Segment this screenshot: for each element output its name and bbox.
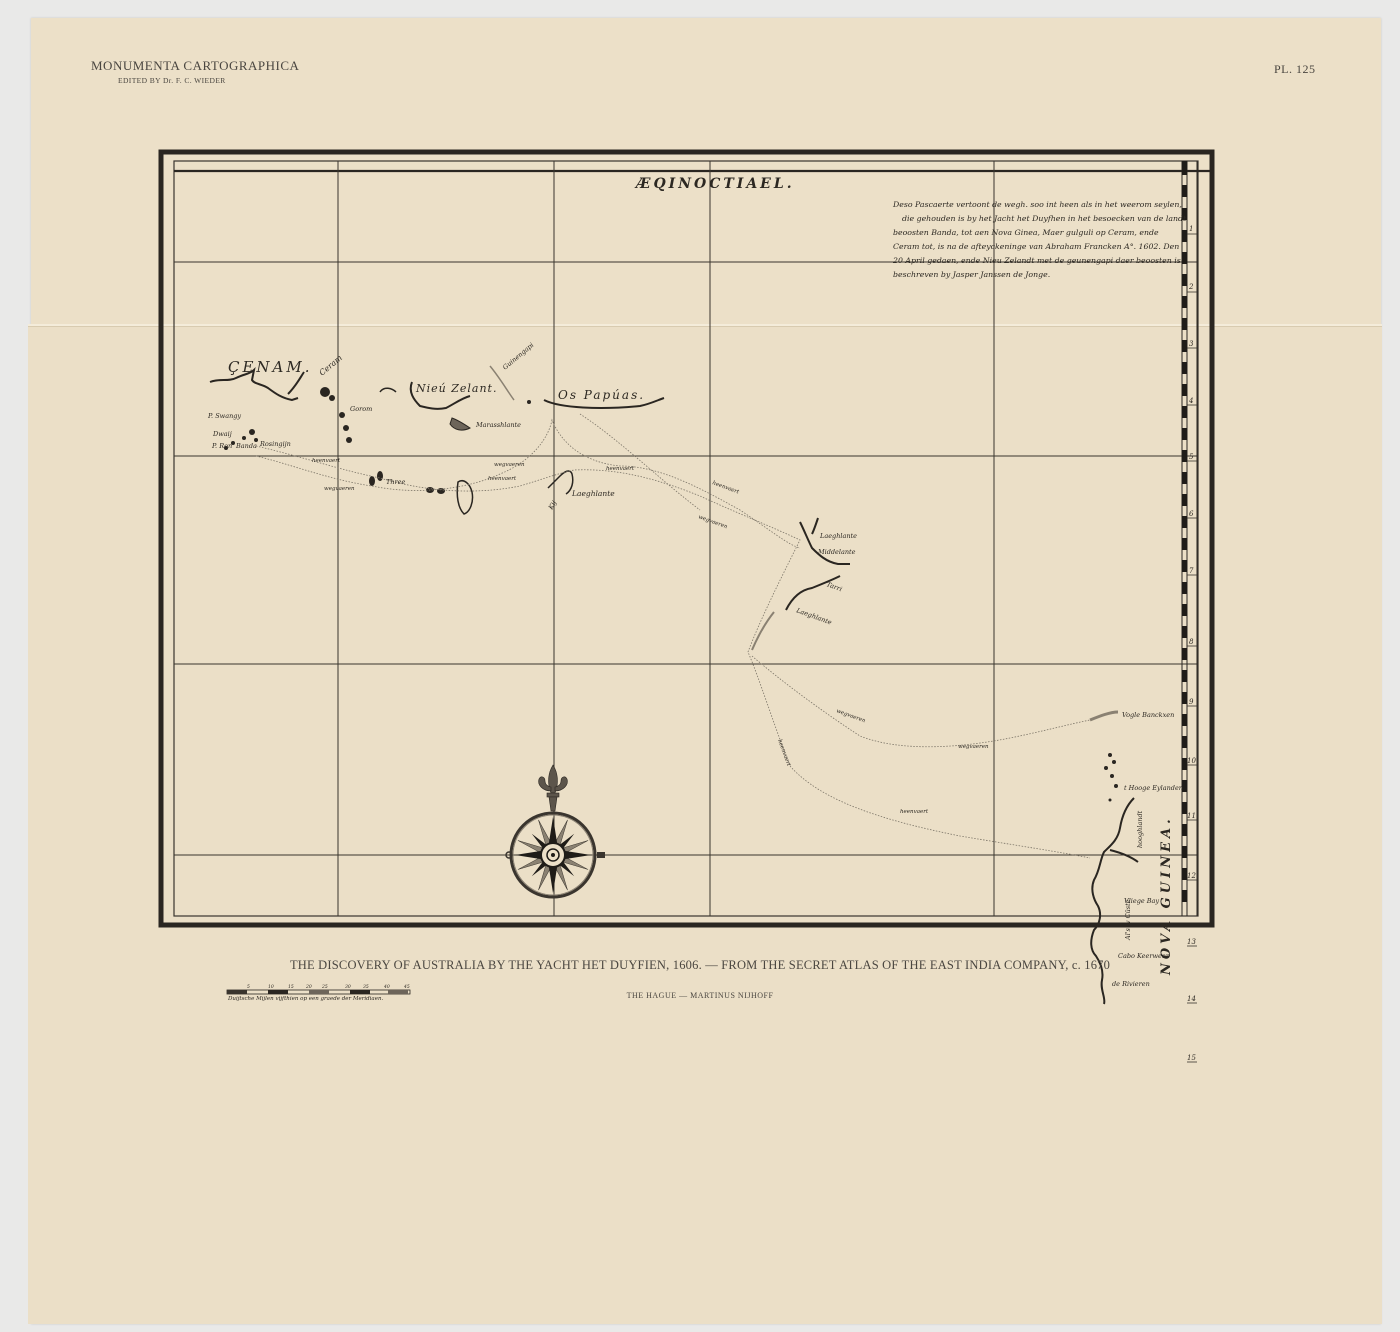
svg-text:45: 45 bbox=[403, 984, 410, 990]
label-p-swangy: P. Swangy bbox=[207, 412, 241, 420]
svg-text:wegvaeren: wegvaeren bbox=[494, 462, 525, 468]
svg-text:5: 5 bbox=[1189, 453, 1194, 461]
svg-text:7: 7 bbox=[1189, 567, 1194, 575]
svg-text:10: 10 bbox=[268, 984, 274, 990]
nieu-zelant-label: Nieú Zelant. bbox=[415, 382, 497, 395]
svg-text:35: 35 bbox=[363, 984, 369, 990]
svg-text:heenvaert: heenvaert bbox=[312, 458, 341, 464]
vogle-banckxen-shoal bbox=[1090, 712, 1118, 720]
equator-label: ÆQINOCTIAEL. bbox=[634, 176, 795, 192]
label-laeghlante-3: Laeghlante bbox=[794, 606, 833, 627]
route-labels: heenvaert wegvaeren wegvaeren heenvaert … bbox=[312, 458, 989, 815]
label-tarri: Tarri bbox=[825, 580, 843, 593]
label-rosingijn: Rosingijn bbox=[259, 440, 291, 448]
label-marasshlante: Marasshlante bbox=[475, 421, 521, 429]
latitude-numbers: 1 2 3 4 5 6 7 8 9 10 11 12 13 14 15 bbox=[1187, 225, 1196, 1062]
map-cartouche: Deso Pascaerte vertoont de wegh. soo int… bbox=[892, 200, 1187, 279]
svg-text:40: 40 bbox=[383, 984, 390, 990]
label-banda: Banda bbox=[235, 442, 257, 450]
label-hooge-eylanden: t Hooge Eylanden bbox=[1124, 784, 1183, 792]
svg-text:1: 1 bbox=[1189, 225, 1193, 233]
label-vogle-banckxen: Vogle Banckxen bbox=[1122, 711, 1174, 719]
svg-text:3: 3 bbox=[1189, 340, 1194, 348]
svg-text:beoosten Banda, tot aen Nova G: beoosten Banda, tot aen Nova Ginea, Maer… bbox=[893, 228, 1159, 237]
svg-text:20 April gedaen, ende Nieu Zel: 20 April gedaen, ende Nieu Zelandt met d… bbox=[892, 256, 1181, 265]
svg-text:6: 6 bbox=[1189, 510, 1194, 518]
label-guinengapi: Guinengapi bbox=[501, 341, 535, 372]
svg-text:20: 20 bbox=[305, 984, 312, 990]
label-gorom: Gorom bbox=[350, 405, 372, 413]
svg-text:15: 15 bbox=[1187, 1054, 1196, 1062]
label-hooghlandt: hooghlandt bbox=[1136, 810, 1144, 848]
svg-text:12: 12 bbox=[1187, 872, 1196, 880]
svg-text:Deso Pascaerte vertoont de weg: Deso Pascaerte vertoont de wegh. soo int… bbox=[892, 200, 1182, 209]
publisher-line: THE HAGUE — MARTINUS NIJHOFF bbox=[0, 991, 1400, 1000]
plate-caption: THE DISCOVERY OF AUSTRALIA BY THE YACHT … bbox=[0, 958, 1400, 973]
label-laeghlante-2: Laeghlante bbox=[819, 532, 857, 540]
compass-rose-icon bbox=[506, 765, 605, 897]
label-alsw-custe: Al's w Cüste bbox=[1124, 899, 1132, 941]
kij-laeghlante-coast bbox=[548, 471, 573, 494]
svg-text:2: 2 bbox=[1188, 283, 1194, 291]
label-p-ron: P. Ron bbox=[211, 442, 232, 450]
place-labels: Ceram Guinengapi Marasshlante Gorom P. S… bbox=[207, 341, 1183, 988]
svg-text:9: 9 bbox=[1189, 698, 1194, 706]
label-dwaij: Dwaij bbox=[212, 430, 232, 438]
marasshlante-island bbox=[450, 418, 470, 430]
label-laeghlante-1: Laeghlante bbox=[571, 489, 615, 498]
svg-text:10: 10 bbox=[1187, 757, 1196, 765]
svg-text:heenvaert: heenvaert bbox=[711, 480, 740, 496]
svg-text:wegvaeren: wegvaeren bbox=[697, 514, 728, 530]
label-ceram: Ceram bbox=[318, 353, 345, 378]
label-middelante: Middelante bbox=[817, 548, 856, 556]
svg-text:wegvaeren: wegvaeren bbox=[835, 708, 866, 724]
svg-text:30: 30 bbox=[345, 984, 351, 990]
svg-text:25: 25 bbox=[321, 984, 328, 990]
svg-text:heenvaert: heenvaert bbox=[488, 476, 517, 482]
svg-text:wegvaeren: wegvaeren bbox=[958, 744, 989, 750]
graticule bbox=[174, 161, 1198, 1054]
label-three: Three bbox=[386, 478, 405, 486]
ceram-title: ÇENAM. bbox=[228, 358, 313, 376]
label-de-rivieren: de Rivieren bbox=[1112, 980, 1150, 988]
svg-text:Ceram tot, is na de afteyckeni: Ceram tot, is na de afteyckeninge van Ab… bbox=[893, 242, 1179, 251]
svg-text:11: 11 bbox=[1187, 812, 1196, 820]
svg-text:15: 15 bbox=[288, 984, 294, 990]
map-plate: ÆQINOCTIAEL. Deso Pascaerte vertoont de … bbox=[0, 0, 1400, 1332]
svg-text:heenvaert: heenvaert bbox=[776, 739, 792, 768]
svg-text:8: 8 bbox=[1189, 638, 1194, 646]
svg-text:5: 5 bbox=[247, 984, 250, 990]
svg-text:heenvaert: heenvaert bbox=[900, 809, 929, 815]
svg-text:13: 13 bbox=[1187, 938, 1196, 946]
svg-text:heenvaert: heenvaert bbox=[606, 466, 635, 472]
outer-frame bbox=[161, 152, 1212, 925]
svg-text:4: 4 bbox=[1188, 397, 1193, 405]
svg-text:die gehouden is by het Jacht h: die gehouden is by het Jacht het Duyfhen… bbox=[902, 214, 1187, 223]
label-kij: Kij bbox=[546, 499, 558, 512]
os-papuas-label: Os Papúas. bbox=[558, 388, 645, 402]
svg-text:wegvaeren: wegvaeren bbox=[324, 486, 355, 492]
svg-text:beschreven by Jasper Janssen d: beschreven by Jasper Janssen de Jonge. bbox=[893, 270, 1050, 279]
